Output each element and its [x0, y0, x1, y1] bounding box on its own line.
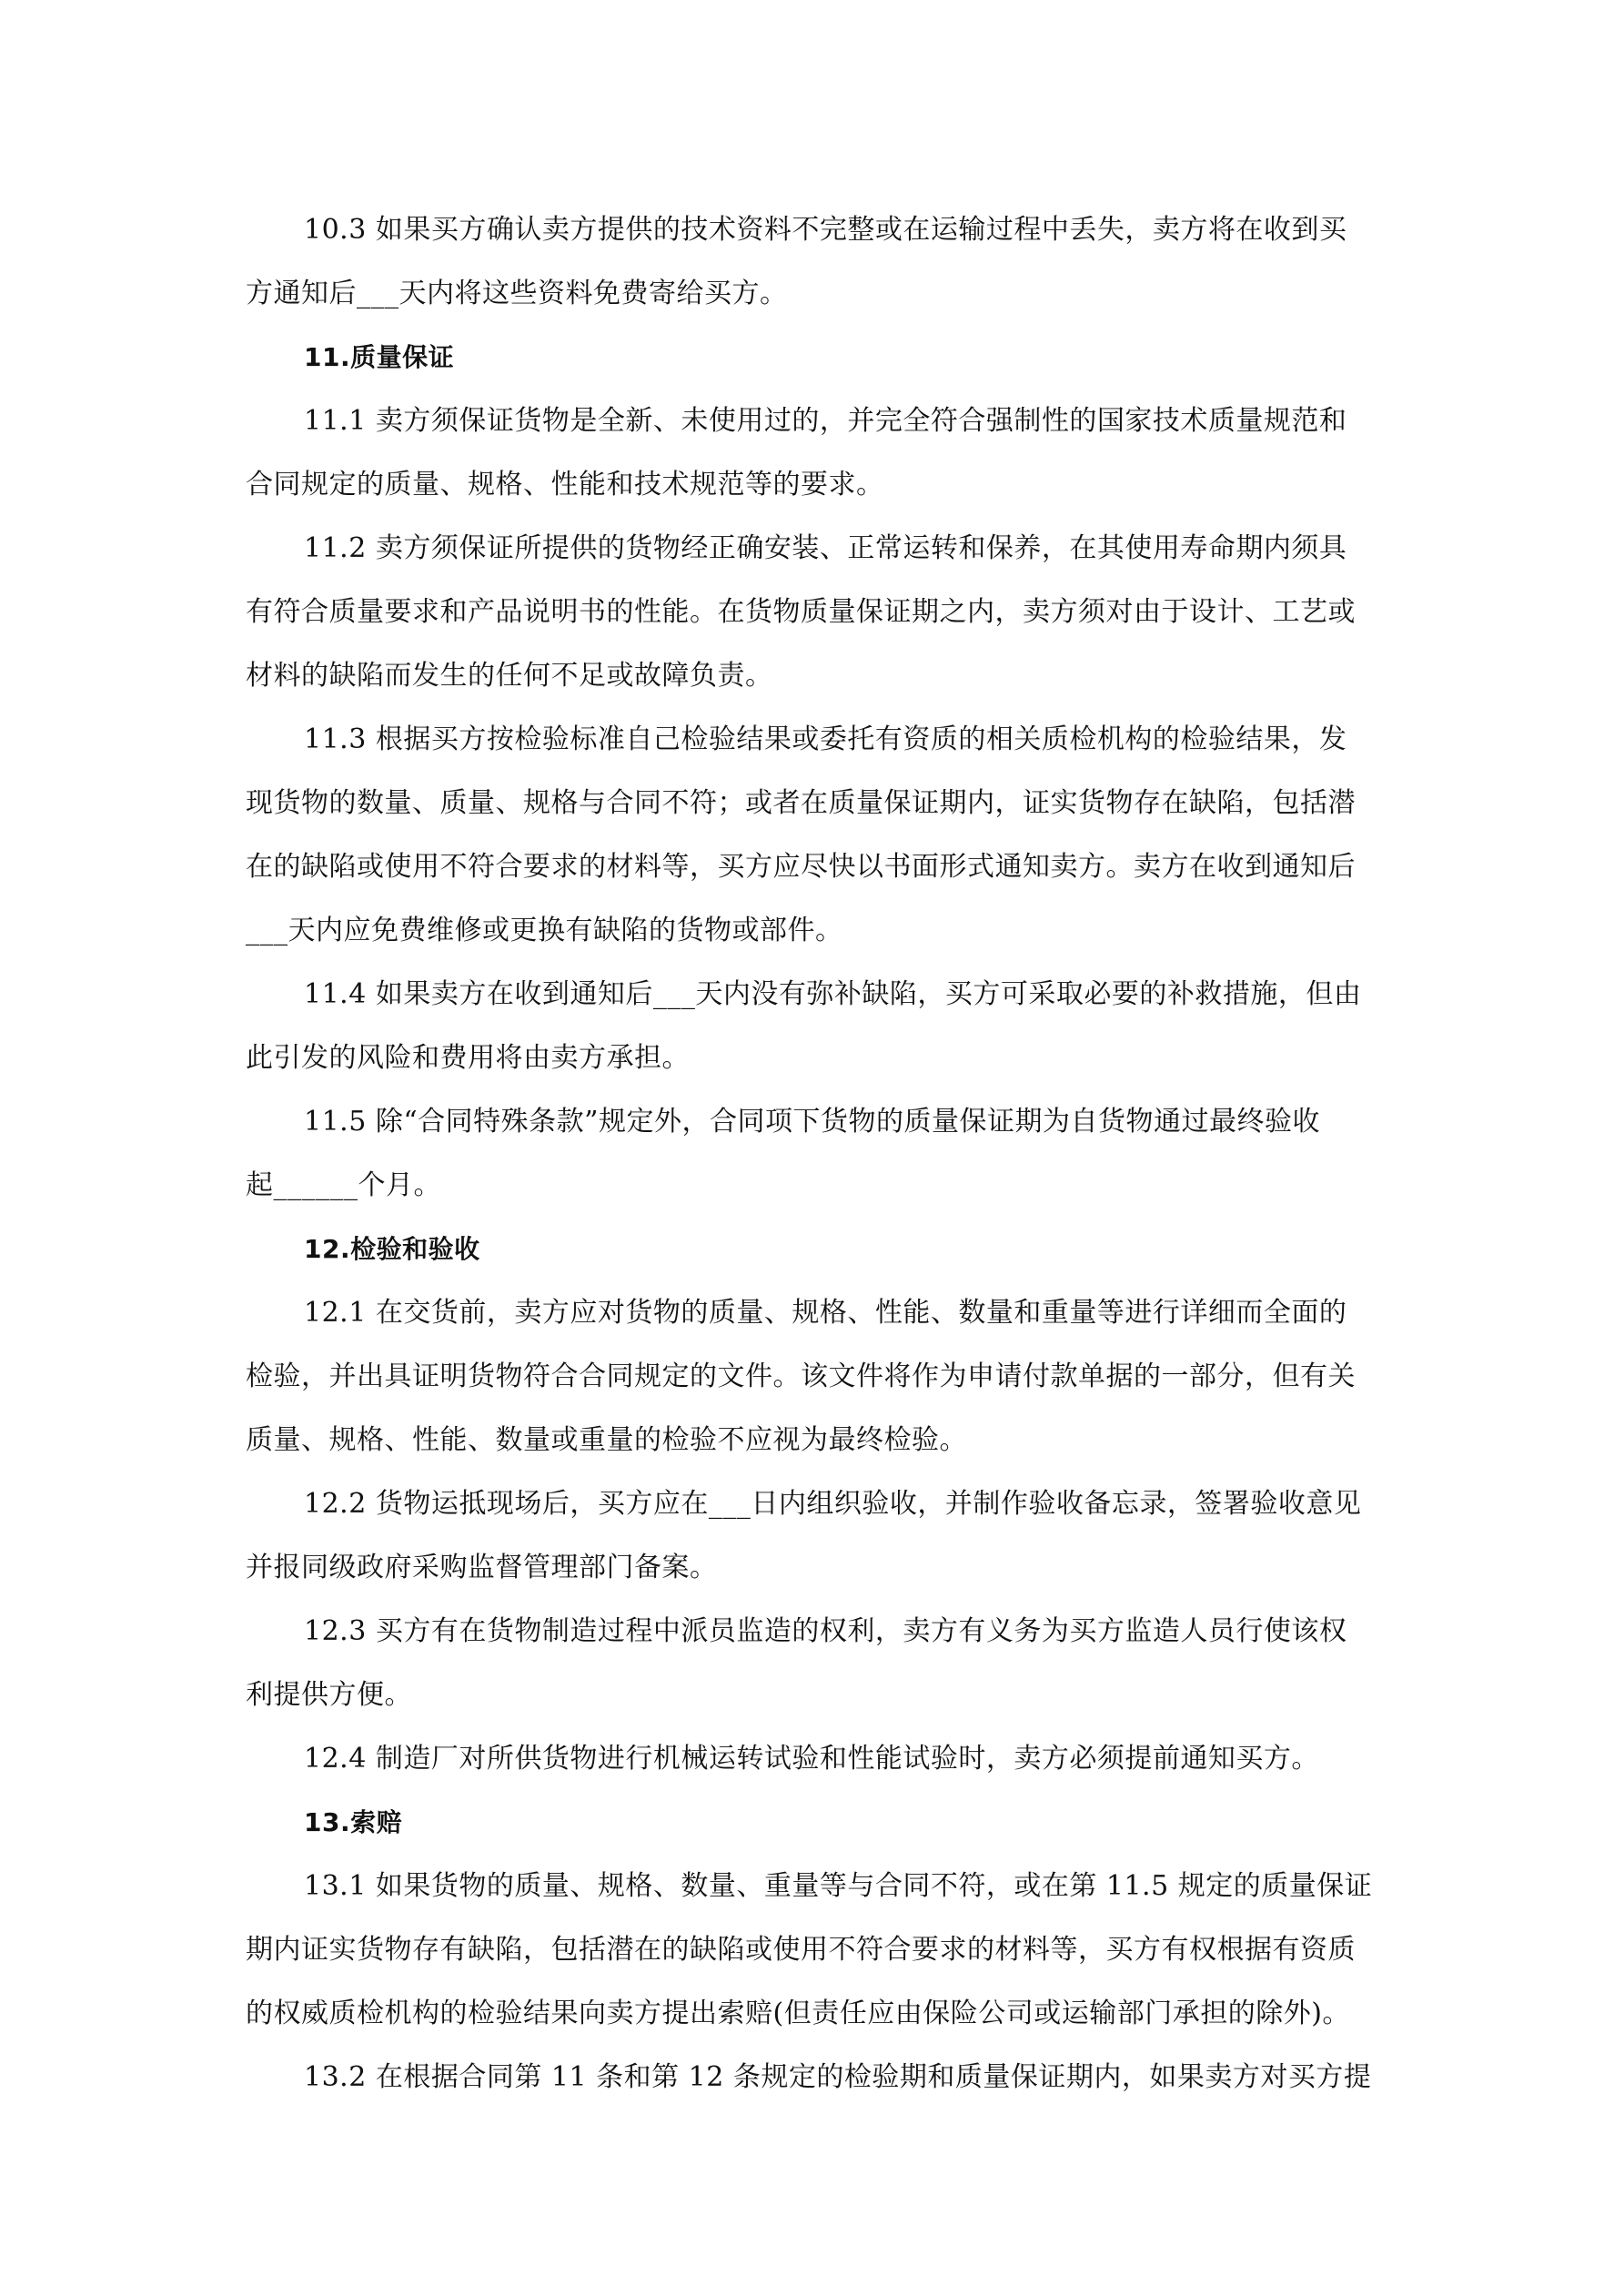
clause-line: 材料的缺陷而发生的任何不足或故障负责。 — [246, 644, 1378, 708]
section-heading-12: 12.检验和验收 — [246, 1218, 1378, 1281]
clause-12-3: 12.3 买方有在货物制造过程中派员监造的权利，卖方有义务为买方监造人员行使该权… — [246, 1600, 1378, 1727]
clause-line: 12.2 货物运抵现场后，买方应在___日内组织验收，并制作验收备忘录，签署验收… — [246, 1472, 1378, 1536]
clause-line: 检验，并出具证明货物符合合同规定的文件。该文件将作为申请付款单据的一部分，但有关 — [246, 1345, 1378, 1409]
clause-line: 11.5 除“合同特殊条款”规定外，合同项下货物的质量保证期为自货物通过最终验收 — [246, 1090, 1378, 1154]
clause-line: 期内证实货物存有缺陷，包括潜在的缺陷或使用不符合要求的材料等，买方有权根据有资质 — [246, 1918, 1378, 1982]
clause-line: 11.1 卖方须保证货物是全新、未使用过的，并完全符合强制性的国家技术质量规范和 — [246, 389, 1378, 453]
clause-11-1: 11.1 卖方须保证货物是全新、未使用过的，并完全符合强制性的国家技术质量规范和… — [246, 389, 1378, 517]
clause-11-5: 11.5 除“合同特殊条款”规定外，合同项下货物的质量保证期为自货物通过最终验收… — [246, 1090, 1378, 1218]
section-heading-13: 13.索赔 — [246, 1791, 1378, 1855]
clause-13-2: 13.2 在根据合同第 11 条和第 12 条规定的检验期和质量保证期内，如果卖… — [246, 2046, 1378, 2109]
clause-line: 质量、规格、性能、数量或重量的检验不应视为最终检验。 — [246, 1409, 1378, 1472]
section-heading-11: 11.质量保证 — [246, 326, 1378, 389]
clause-line: ___天内应免费维修或更换有缺陷的货物或部件。 — [246, 899, 1378, 963]
clause-12-1: 12.1 在交货前，卖方应对货物的质量、规格、性能、数量和重量等进行详细而全面的… — [246, 1281, 1378, 1472]
clause-line: 在的缺陷或使用不符合要求的材料等，买方应尽快以书面形式通知卖方。卖方在收到通知后 — [246, 835, 1378, 899]
clause-line: 10.3 如果买方确认卖方提供的技术资料不完整或在运输过程中丢失，卖方将在收到买 — [246, 198, 1378, 262]
clause-line: 的权威质检机构的检验结果向卖方提出索赔(但责任应由保险公司或运输部门承担的除外)… — [246, 1982, 1378, 2046]
clause-line: 利提供方便。 — [246, 1664, 1378, 1727]
clause-line: 合同规定的质量、规格、性能和技术规范等的要求。 — [246, 453, 1378, 517]
clause-13-1: 13.1 如果货物的质量、规格、数量、重量等与合同不符，或在第 11.5 规定的… — [246, 1855, 1378, 2046]
clause-line: 12.1 在交货前，卖方应对货物的质量、规格、性能、数量和重量等进行详细而全面的 — [246, 1281, 1378, 1345]
clause-line: 并报同级政府采购监督管理部门备案。 — [246, 1536, 1378, 1600]
clause-line: 11.2 卖方须保证所提供的货物经正确安装、正常运转和保养，在其使用寿命期内须具 — [246, 517, 1378, 581]
clause-line: 现货物的数量、质量、规格与合同不符；或者在质量保证期内，证实货物存在缺陷，包括潜 — [246, 772, 1378, 835]
clause-12-4: 12.4 制造厂对所供货物进行机械运转试验和性能试验时，卖方必须提前通知买方。 — [246, 1727, 1378, 1791]
clause-line: 11.4 如果卖方在收到通知后___天内没有弥补缺陷，买方可采取必要的补救措施，… — [246, 963, 1378, 1027]
clause-line: 此引发的风险和费用将由卖方承担。 — [246, 1027, 1378, 1090]
clause-line: 方通知后___天内将这些资料免费寄给买方。 — [246, 262, 1378, 326]
document-page: 10.3 如果买方确认卖方提供的技术资料不完整或在运输过程中丢失，卖方将在收到买… — [246, 198, 1378, 2109]
clause-line: 13.2 在根据合同第 11 条和第 12 条规定的检验期和质量保证期内，如果卖… — [246, 2046, 1378, 2109]
clause-line: 12.4 制造厂对所供货物进行机械运转试验和性能试验时，卖方必须提前通知买方。 — [246, 1727, 1378, 1791]
clause-11-2: 11.2 卖方须保证所提供的货物经正确安装、正常运转和保养，在其使用寿命期内须具… — [246, 517, 1378, 708]
clause-line: 有符合质量要求和产品说明书的性能。在货物质量保证期之内，卖方须对由于设计、工艺或 — [246, 581, 1378, 644]
clause-line: 11.3 根据买方按检验标准自己检验结果或委托有资质的相关质检机构的检验结果，发 — [246, 708, 1378, 772]
clause-11-3: 11.3 根据买方按检验标准自己检验结果或委托有资质的相关质检机构的检验结果，发… — [246, 708, 1378, 963]
clause-line: 13.1 如果货物的质量、规格、数量、重量等与合同不符，或在第 11.5 规定的… — [246, 1855, 1378, 1918]
clause-line: 12.3 买方有在货物制造过程中派员监造的权利，卖方有义务为买方监造人员行使该权 — [246, 1600, 1378, 1664]
clause-12-2: 12.2 货物运抵现场后，买方应在___日内组织验收，并制作验收备忘录，签署验收… — [246, 1472, 1378, 1600]
clause-line: 起______个月。 — [246, 1154, 1378, 1218]
clause-11-4: 11.4 如果卖方在收到通知后___天内没有弥补缺陷，买方可采取必要的补救措施，… — [246, 963, 1378, 1090]
clause-10-3: 10.3 如果买方确认卖方提供的技术资料不完整或在运输过程中丢失，卖方将在收到买… — [246, 198, 1378, 326]
